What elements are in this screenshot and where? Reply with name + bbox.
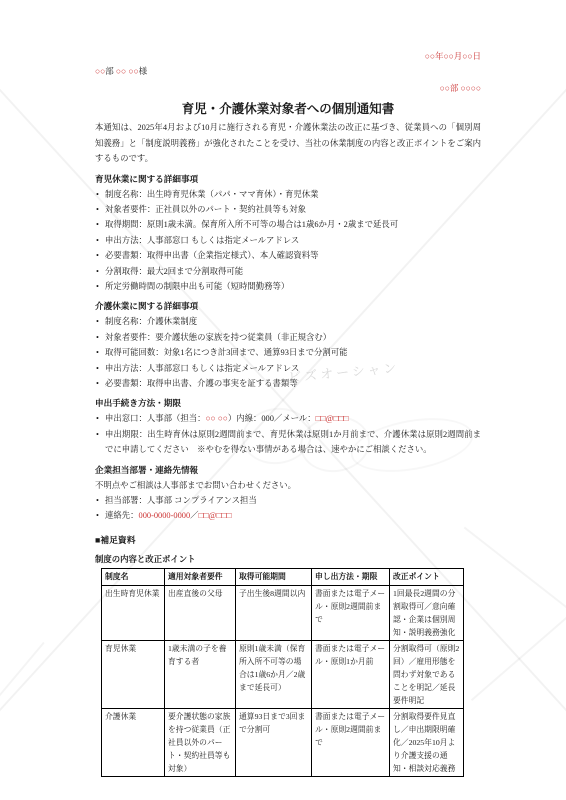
text-run: 連絡先：	[105, 511, 139, 520]
table-cell: 出生時育児休業	[102, 585, 165, 640]
text-run: 必要書類：取得申出書（企業指定様式）、本人確認資料等	[105, 251, 319, 260]
section-heading: 育児休業に関する詳細事項	[95, 173, 481, 185]
document-content: ○○年○○月○○日 ○○部 ○○ ○○様 ○○部 ○○○○ 育児・介護休業対象者…	[95, 50, 481, 777]
text-run: 制度名称：出生時育児休業（パパ・ママ育休）・育児休業	[105, 190, 319, 199]
bullet-item: 取得可能回数：対象1名につき計3回まで、通算93日まで分割可能	[95, 345, 481, 360]
watermark-line-segment	[471, 611, 566, 701]
bullet-item: 申出窓口：人事部（担当：○○ ○○）内線：000／メール：□□@□□□	[95, 411, 481, 426]
date-line: ○○年○○月○○日	[95, 50, 481, 62]
text-run: 部	[105, 66, 116, 76]
table-cell: 介護休業	[102, 708, 165, 776]
bullet-item: 申出方法：人事部窓口 もしくは指定メールアドレス	[95, 361, 481, 376]
text-run: ）内線：000／メール：	[228, 414, 316, 423]
table-cell: 1回最長2週間の分割取得可／意向確認・企業は個別周知・説明義務強化	[390, 585, 464, 640]
table-cell: 育児休業	[102, 640, 165, 708]
table-cell: 1歳未満の子を養育する者	[165, 640, 236, 708]
recipient-line: ○○部 ○○ ○○様	[95, 65, 481, 77]
sender-line: ○○部 ○○○○	[95, 82, 481, 94]
table-cell: 出産直後の父母	[165, 585, 236, 640]
table-cell: 原則1歳未満（保育所入所不可等の場合は1歳6か月／2歳まで延長可）	[236, 640, 312, 708]
table-row: 介護休業要介護状態の家族を持つ従業員（正社員以外のパート・契約社員等も対象）通算…	[102, 708, 464, 776]
table-header-cell: 申し出方法・期限	[312, 568, 390, 585]
bullet-list: 制度名称：介護休業制度対象者要件：要介護状態の家族を持つ従業員（非正規含む）取得…	[95, 314, 481, 391]
section-heading: 企業担当部署・連絡先情報	[95, 464, 481, 476]
bullet-item: 制度名称：介護休業制度	[95, 314, 481, 329]
table-cell: 子出生後8週間以内	[236, 585, 312, 640]
section-heading: 申出手続き方法・期限	[95, 397, 481, 409]
text-run: ／	[190, 511, 198, 520]
bullet-item: 取得期間：原則1歳未満。保育所入所不可等の場合は1歳6か月・2歳まで延長可	[95, 217, 481, 232]
text-run: 様	[139, 66, 148, 76]
bullet-item: 必要書類：取得申出書、介護の事実を証する書類等	[95, 376, 481, 391]
placeholder-text: ○○年○○月○○日	[425, 51, 481, 61]
bullet-item: 対象者要件：正社員以外のパート・契約社員等も対象	[95, 202, 481, 217]
table-cell: 書面または電子メール・原則2週間前まで	[312, 585, 390, 640]
bullet-item: 対象者要件：要介護状態の家族を持つ従業員（非正規含む）	[95, 330, 481, 345]
bullet-list: 制度名称：出生時育児休業（パパ・ママ育休）・育児休業対象者要件：正社員以外のパー…	[95, 187, 481, 295]
text-run: 取得可能回数：対象1名につき計3回まで、通算93日まで分割可能	[105, 348, 348, 357]
bullet-item: 必要書類：取得申出書（企業指定様式）、本人確認資料等	[95, 248, 481, 263]
table-header-cell: 取得可能期間	[236, 568, 312, 585]
table-cell: 通算93日まで3回まで分割可	[236, 708, 312, 776]
text-run: 分割取得：最大2回まで分割取得可能	[105, 267, 243, 276]
section-heading: 介護休業に関する詳細事項	[95, 300, 481, 312]
table-cell: 書面または電子メール・原則1か月前	[312, 640, 390, 708]
bullet-list: 担当部署：人事部 コンプライアンス担当連絡先：000-0000-0000／□□@…	[95, 493, 481, 524]
placeholder-text: □□@□□□	[199, 511, 232, 520]
table-header-cell: 適用対象者要件	[165, 568, 236, 585]
bullet-item: 制度名称：出生時育児休業（パパ・ママ育休）・育児休業	[95, 187, 481, 202]
table-cell: 分割取得可（原則2回）／雇用形態を問わず対象であることを明記／延長要件明記	[390, 640, 464, 708]
bullet-list: 申出窓口：人事部（担当：○○ ○○）内線：000／メール：□□@□□□申出期限：…	[95, 411, 481, 457]
text-run: 取得期間：原則1歳未満。保育所入所不可等の場合は1歳6か月・2歳まで延長可	[105, 220, 398, 229]
document-page: ビズオーシャン ○○年○○月○○日 ○○部 ○○ ○○様 ○○部 ○○○○ 育児…	[0, 0, 566, 800]
placeholder-text: 000-0000-0000	[139, 511, 191, 520]
text-run: 対象者要件：要介護状態の家族を持つ従業員（非正規含む）	[105, 333, 331, 342]
placeholder-text: ○○	[95, 66, 105, 76]
table-header-row: 制度名適用対象者要件取得可能期間申し出方法・期限改正ポイント	[102, 568, 464, 585]
supplement-subheading: 制度の内容と改正ポイント	[95, 553, 481, 565]
placeholder-text: ○○ ○○	[206, 414, 228, 423]
bullet-item: 担当部署：人事部 コンプライアンス担当	[95, 493, 481, 508]
placeholder-text: ○○部 ○○○○	[440, 83, 481, 93]
bullet-item: 申出期限：出生時育休は原則2週間前まで、育児休業は原則1か月前まで、介護休業は原…	[95, 427, 481, 458]
table-cell: 分割取得要件見直し／申出期限明確化／2025年10月より介護支援の通知・相談対応…	[390, 708, 464, 776]
sections-container: 育児休業に関する詳細事項制度名称：出生時育児休業（パパ・ママ育休）・育児休業対象…	[95, 173, 481, 524]
table-row: 育児休業1歳未満の子を養育する者原則1歳未満（保育所入所不可等の場合は1歳6か月…	[102, 640, 464, 708]
supplement-table: 制度名適用対象者要件取得可能期間申し出方法・期限改正ポイント 出生時育児休業出産…	[101, 568, 464, 777]
supplement-heading: ■補足資料	[95, 533, 481, 546]
placeholder-text: □□@□□□	[316, 414, 349, 423]
table-cell: 要介護状態の家族を持つ従業員（正社員以外のパート・契約社員等も対象）	[165, 708, 236, 776]
text-run: 制度名称：介護休業制度	[105, 317, 197, 326]
bullet-item: 分割取得：最大2回まで分割取得可能	[95, 264, 481, 279]
bullet-item: 所定労働時間の制限申出も可能（短時間勤務等）	[95, 279, 481, 294]
document-title: 育児・介護休業対象者への個別通知書	[95, 99, 481, 117]
table-header-cell: 改正ポイント	[390, 568, 464, 585]
section-note: 不明点やご相談は人事部までお問い合わせください。	[95, 478, 481, 493]
text-run: 所定労働時間の制限申出も可能（短時間勤務等）	[105, 282, 289, 291]
text-run: 申出方法：人事部窓口 もしくは指定メールアドレス	[105, 236, 299, 245]
text-run: 申出方法：人事部窓口 もしくは指定メールアドレス	[105, 364, 299, 373]
text-run: 申出期限：出生時育休は原則2週間前まで、育児休業は原則1か月前まで、介護休業は原…	[105, 430, 481, 454]
text-run: 必要書類：取得申出書、介護の事実を証する書類等	[105, 379, 298, 388]
table-header-cell: 制度名	[102, 568, 165, 585]
text-run: 担当部署：人事部 コンプライアンス担当	[105, 496, 257, 505]
watermark-line-segment	[0, 642, 45, 712]
intro-paragraph: 本通知は、2025年4月および10月に施行される育児・介護休業法の改正に基づき、…	[95, 120, 481, 167]
text-run: 対象者要件：正社員以外のパート・契約社員等も対象	[105, 205, 306, 214]
table-row: 出生時育児休業出産直後の父母子出生後8週間以内書面または電子メール・原則2週間前…	[102, 585, 464, 640]
placeholder-text: ○○	[128, 66, 138, 76]
table-cell: 書面または電子メール・原則2週間前まで	[312, 708, 390, 776]
bullet-item: 連絡先：000-0000-0000／□□@□□□	[95, 508, 481, 523]
placeholder-text: ○○	[116, 66, 126, 76]
bullet-item: 申出方法：人事部窓口 もしくは指定メールアドレス	[95, 233, 481, 248]
text-run: 申出窓口：人事部（担当：	[105, 414, 206, 423]
